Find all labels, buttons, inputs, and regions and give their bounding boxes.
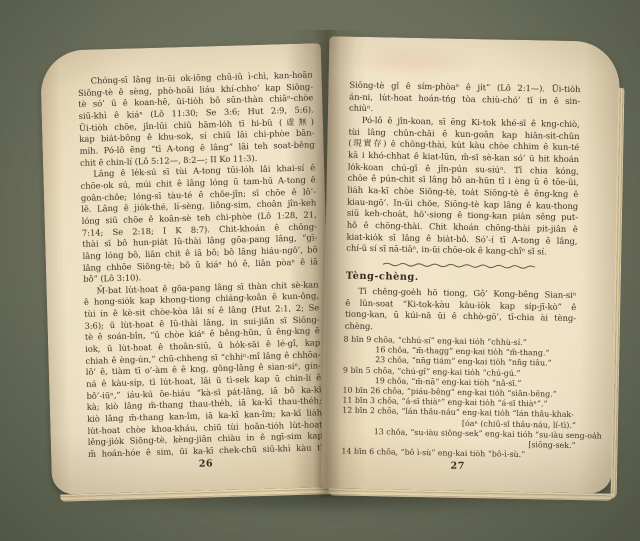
right-page-text: Siōng-tè gî ê sím-phòaⁿ ê ji̍t” (Lô 2:1—… [346, 80, 580, 259]
errata-list: 8 bīn 9 chōa, “chhú-sí” eng-kai tio̍h “c… [333, 334, 587, 461]
wavy-divider [383, 261, 539, 270]
right-page: Siōng-tè gî ê sím-phòaⁿ ê ji̍t” (Lô 2:1—… [321, 36, 621, 494]
left-page-text: Chóng-sī lâng in-ūi ok-iōng chū-iû ì-chì… [78, 69, 324, 460]
errata-intro: Tī chêng-goe̍h hō tiong, Gô’ Kong-bêng S… [345, 286, 577, 337]
ink-bleed-smudge [347, 43, 478, 79]
right-page-number: 27 [342, 459, 573, 474]
left-page: Chóng-sī lâng in-ūi ok-iōng chū-iû ì-chì… [40, 43, 333, 495]
errata-heading: Tèng-chèng. [346, 271, 419, 283]
photo-background: Chóng-sī lâng in-ūi ok-iōng chū-iû ì-chì… [0, 0, 640, 541]
